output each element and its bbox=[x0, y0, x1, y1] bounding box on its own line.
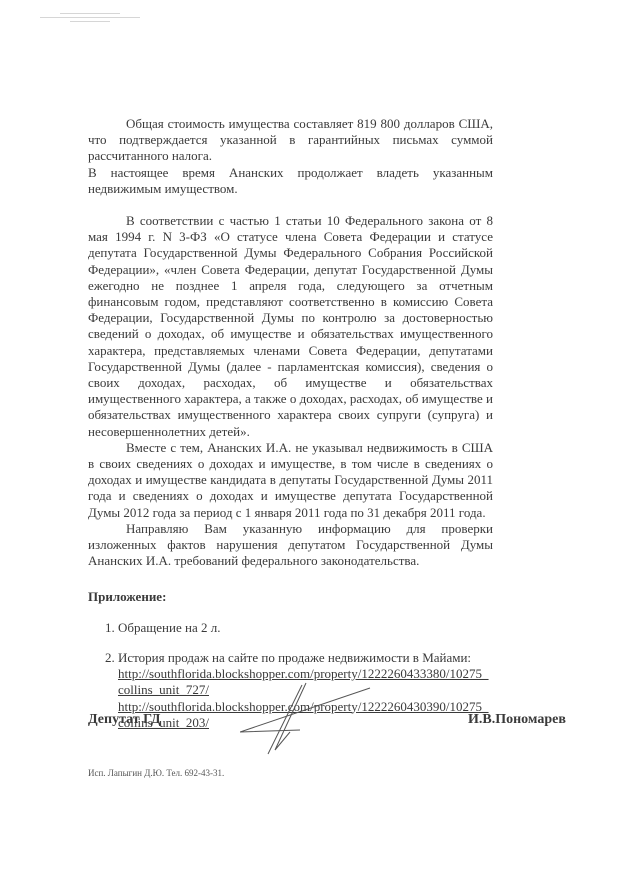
paragraph-undeclared-property: Вместе с тем, Ананских И.А. не указывал … bbox=[88, 440, 493, 521]
header-stamp bbox=[40, 10, 140, 25]
paragraph-property-value: Общая стоимость имущества составляет 819… bbox=[88, 116, 493, 165]
paragraph-ownership: В настоящее время Ананских продолжает вл… bbox=[88, 165, 493, 197]
paragraph-request: Направляю Вам указанную информацию для п… bbox=[88, 521, 493, 570]
signer-title: Депутат ГД bbox=[88, 712, 160, 728]
paragraph-law-citation: В соответствии с частью 1 статьи 10 Феде… bbox=[88, 213, 493, 440]
attachment-item: Обращение на 2 л. bbox=[118, 620, 493, 636]
attachments-heading: Приложение: bbox=[88, 589, 493, 605]
letter-body: Общая стоимость имущества составляет 819… bbox=[88, 116, 493, 745]
executor-note: Исп. Лапыгин Д.Ю. Тел. 692-43-31. bbox=[88, 768, 224, 778]
handwritten-signature bbox=[240, 680, 380, 760]
signer-name: И.В.Пономарев bbox=[468, 712, 566, 728]
